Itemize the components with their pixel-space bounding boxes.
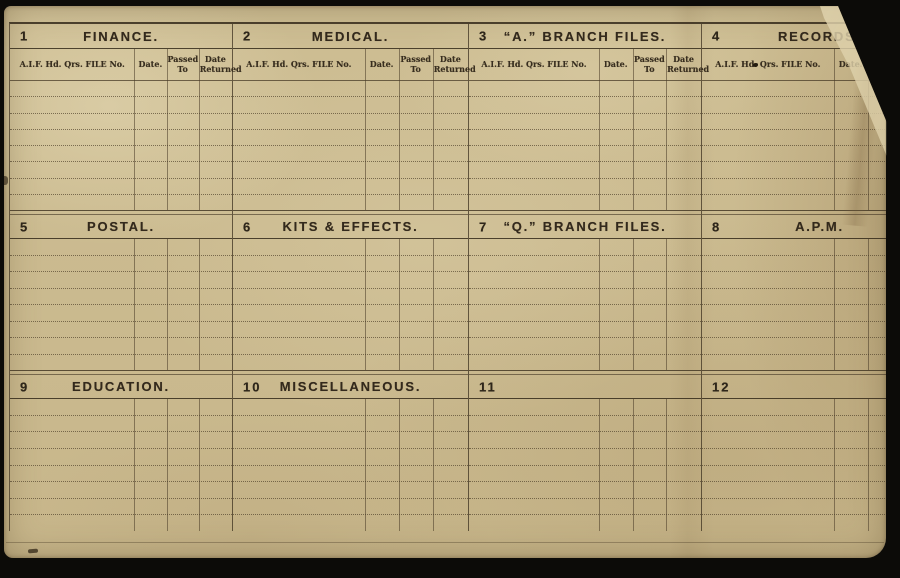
record-row <box>702 162 886 178</box>
header-date-returned: DateReturned <box>666 55 701 73</box>
column-header-row: A.I.F. Hd. Qrs. FILE No.Date.PassedToDat… <box>702 49 886 81</box>
column-divider <box>868 239 869 370</box>
ink-blot <box>753 63 758 67</box>
column-divider <box>599 49 600 210</box>
header-passed-to-line1: Passed <box>869 55 886 64</box>
record-row <box>702 305 886 322</box>
bottom-left-smudge <box>28 549 38 554</box>
section-body: A.I.F. Hd. Qrs. FILE No.Date.PassedToDat… <box>469 49 701 210</box>
section-medical: 2MEDICAL.A.I.F. Hd. Qrs. FILE No.Date.Pa… <box>233 24 469 211</box>
section-body <box>233 239 468 370</box>
section-body <box>702 239 886 370</box>
column-divider <box>868 399 869 531</box>
record-row <box>702 272 886 289</box>
header-passed-to-line2: To <box>634 65 666 74</box>
header-date: Date. <box>834 60 868 69</box>
column-divider <box>433 399 434 531</box>
section-title-row: 5POSTAL. <box>10 214 232 239</box>
section-number: 1 <box>20 29 29 44</box>
column-divider <box>199 399 200 531</box>
section-finance: 1FINANCE.A.I.F. Hd. Qrs. FILE No.Date.Pa… <box>10 24 233 211</box>
section-title-row: 9EDUCATION. <box>10 374 232 399</box>
section-number: 7 <box>479 219 488 234</box>
record-row <box>702 239 886 256</box>
column-divider <box>199 239 200 370</box>
section-number: 2 <box>243 29 252 44</box>
column-divider <box>666 399 667 531</box>
header-date: Date. <box>599 60 633 69</box>
column-divider <box>633 239 634 370</box>
record-row <box>702 130 886 146</box>
header-date-returned-line2: Returned <box>434 65 467 74</box>
record-row <box>702 81 886 97</box>
header-passed-to: PassedTo <box>399 55 433 73</box>
column-divider <box>834 239 835 370</box>
header-file-no: A.I.F. Hd. Qrs. FILE No. <box>10 60 134 69</box>
section-title: FINANCE. <box>83 29 159 44</box>
section-body <box>10 399 232 531</box>
section-title: EDUCATION. <box>72 379 170 394</box>
record-row <box>702 322 886 339</box>
column-divider <box>134 49 135 210</box>
column-divider <box>666 49 667 210</box>
record-row <box>702 515 886 531</box>
record-row <box>702 449 886 466</box>
section-a-p-m: 8A.P.M. <box>702 211 886 371</box>
section-education: 9EDUCATION. <box>10 371 233 531</box>
record-row <box>702 482 886 499</box>
section-title-row: 11 <box>469 374 701 399</box>
section-title-row: 10MISCELLANEOUS. <box>233 374 468 399</box>
section-body <box>702 399 886 531</box>
section-number: 8 <box>712 219 721 234</box>
record-row <box>702 355 886 371</box>
section-title: MISCELLANEOUS. <box>280 379 421 394</box>
column-divider <box>134 399 135 531</box>
bottom-rule-line <box>6 542 884 543</box>
section-12: 12 <box>702 371 886 531</box>
record-row <box>702 338 886 355</box>
column-divider <box>433 49 434 210</box>
section-title-row: 3“A.” BRANCH FILES. <box>469 24 701 49</box>
filing-table: 1FINANCE.A.I.F. Hd. Qrs. FILE No.Date.Pa… <box>9 22 886 531</box>
header-date-returned: DateReturned <box>199 55 232 73</box>
record-row <box>702 146 886 162</box>
header-date-returned: DateReturned <box>433 55 468 73</box>
column-divider <box>134 239 135 370</box>
section-number: 3 <box>479 29 488 44</box>
section-body: A.I.F. Hd. Qrs. FILE No.Date.PassedToDat… <box>702 49 886 210</box>
section-11: 11 <box>469 371 702 531</box>
section-kits-effects: 6KITS & EFFECTS. <box>233 211 469 371</box>
header-file-no: A.I.F. Hd. Qrs. FILE No. <box>469 60 599 69</box>
section-body <box>469 239 701 370</box>
column-divider <box>167 49 168 210</box>
record-row <box>702 256 886 273</box>
column-divider <box>834 399 835 531</box>
record-row <box>702 97 886 113</box>
section-number: 12 <box>712 379 730 394</box>
filing-card: 1FINANCE.A.I.F. Hd. Qrs. FILE No.Date.Pa… <box>4 6 886 558</box>
column-divider <box>365 239 366 370</box>
column-divider <box>868 49 869 210</box>
header-date: Date. <box>365 60 399 69</box>
column-divider <box>834 49 835 210</box>
section-body <box>233 399 468 531</box>
header-passed-to-line2: To <box>869 65 886 74</box>
record-row <box>702 179 886 195</box>
record-row <box>702 114 886 130</box>
record-row <box>702 399 886 416</box>
section-title-row: 4RECORDS. <box>702 24 886 49</box>
header-passed-to: PassedTo <box>868 55 886 73</box>
section-title-row: 12 <box>702 374 886 399</box>
section-body: A.I.F. Hd. Qrs. FILE No.Date.PassedToDat… <box>10 49 232 210</box>
header-date-returned-line2: Returned <box>200 65 231 74</box>
section-number: 6 <box>243 219 252 234</box>
header-passed-to-line2: To <box>168 65 198 74</box>
column-divider <box>599 399 600 531</box>
section-rows <box>702 81 886 210</box>
section-body <box>469 399 701 531</box>
column-divider <box>666 239 667 370</box>
section-title: MEDICAL. <box>312 29 389 44</box>
section-miscellaneous: 10MISCELLANEOUS. <box>233 371 469 531</box>
record-row <box>702 499 886 516</box>
record-row <box>702 466 886 483</box>
section-title-row: 7“Q.” BRANCH FILES. <box>469 214 701 239</box>
section-title: KITS & EFFECTS. <box>282 219 418 234</box>
section-title: A.P.M. <box>795 219 844 234</box>
section-body: A.I.F. Hd. Qrs. FILE No.Date.PassedToDat… <box>233 49 468 210</box>
record-row <box>702 195 886 210</box>
column-divider <box>365 399 366 531</box>
section-rows <box>702 399 886 531</box>
section-title-row: 1FINANCE. <box>10 24 232 49</box>
section-title: “Q.” BRANCH FILES. <box>503 219 666 234</box>
column-divider <box>167 239 168 370</box>
header-passed-to: PassedTo <box>167 55 199 73</box>
header-date: Date. <box>134 60 166 69</box>
section-number: 11 <box>479 379 497 394</box>
section-records: 4RECORDS.A.I.F. Hd. Qrs. FILE No.Date.Pa… <box>702 24 886 211</box>
record-row <box>702 416 886 433</box>
column-divider <box>433 239 434 370</box>
section-title-row: 6KITS & EFFECTS. <box>233 214 468 239</box>
section-number: 5 <box>20 219 29 234</box>
section-body <box>10 239 232 370</box>
column-divider <box>399 49 400 210</box>
column-divider <box>199 49 200 210</box>
section-title: POSTAL. <box>87 219 155 234</box>
column-divider <box>365 49 366 210</box>
section-q-branch-files: 7“Q.” BRANCH FILES. <box>469 211 702 371</box>
record-row <box>702 432 886 449</box>
header-file-no: A.I.F. Hd. Qrs. FILE No. <box>233 60 365 69</box>
header-passed-to: PassedTo <box>633 55 667 73</box>
column-divider <box>399 239 400 370</box>
section-postal: 5POSTAL. <box>10 211 233 371</box>
header-file-no: A.I.F. Hd. Qrs. FILE No. <box>702 60 834 69</box>
column-divider <box>167 399 168 531</box>
table-clip-area: 1FINANCE.A.I.F. Hd. Qrs. FILE No.Date.Pa… <box>9 22 886 531</box>
section-number: 9 <box>20 379 29 394</box>
column-divider <box>633 399 634 531</box>
column-divider <box>633 49 634 210</box>
section-a-branch-files: 3“A.” BRANCH FILES.A.I.F. Hd. Qrs. FILE … <box>469 24 702 211</box>
section-title-row: 8A.P.M. <box>702 214 886 239</box>
section-rows <box>702 239 886 370</box>
record-row <box>702 289 886 306</box>
section-title: “A.” BRANCH FILES. <box>504 29 666 44</box>
column-divider <box>599 239 600 370</box>
section-number: 10 <box>243 379 261 394</box>
section-number: 4 <box>712 29 721 44</box>
left-edge-mark <box>4 176 8 185</box>
header-passed-to-line2: To <box>400 65 432 74</box>
header-date-returned-line2: Returned <box>667 65 700 74</box>
section-title: RECORDS. <box>778 29 861 44</box>
column-divider <box>399 399 400 531</box>
section-title-row: 2MEDICAL. <box>233 24 468 49</box>
